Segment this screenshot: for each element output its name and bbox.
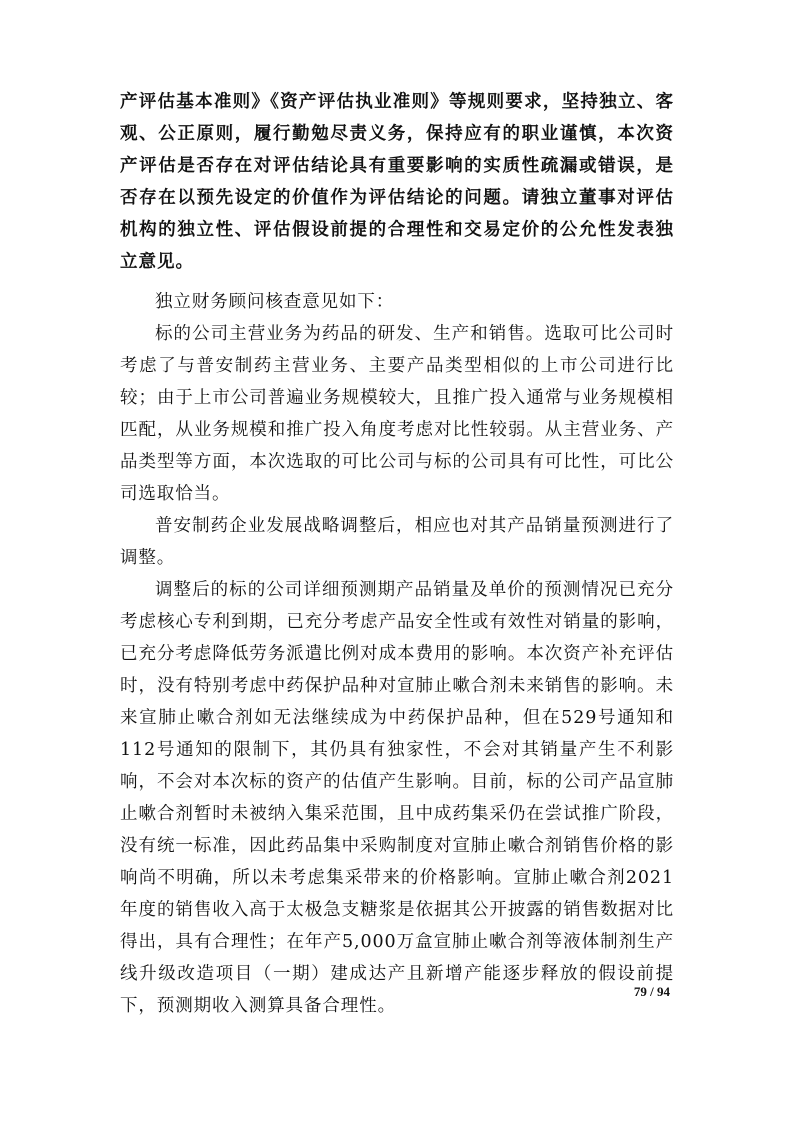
- comparable-companies-paragraph: 标的公司主营业务为药品的研发、生产和销售。选取可比公司时考虑了与普安制药主营业务…: [120, 318, 674, 510]
- paragraph-gap: [120, 278, 674, 286]
- page-number: 79 / 94: [610, 984, 670, 1000]
- advisor-opinion-heading: 独立财务顾问核查意见如下：: [120, 286, 674, 318]
- question-continuation-paragraph: 产评估基本准则》《资产评估执业准则》等规则要求，坚持独立、客观、公正原则，履行勤…: [120, 86, 674, 278]
- document-page: 产评估基本准则》《资产评估执业准则》等规则要求，坚持独立、客观、公正原则，履行勤…: [0, 0, 793, 1122]
- strategy-adjustment-paragraph: 普安制药企业发展战略调整后，相应也对其产品销量预测进行了调整。: [120, 510, 674, 574]
- page-content: 产评估基本准则》《资产评估执业准则》等规则要求，坚持独立、客观、公正原则，履行勤…: [120, 86, 674, 1022]
- forecast-analysis-paragraph: 调整后的标的公司详细预测期产品销量及单价的预测情况已充分考虑核心专利到期，已充分…: [120, 574, 674, 1022]
